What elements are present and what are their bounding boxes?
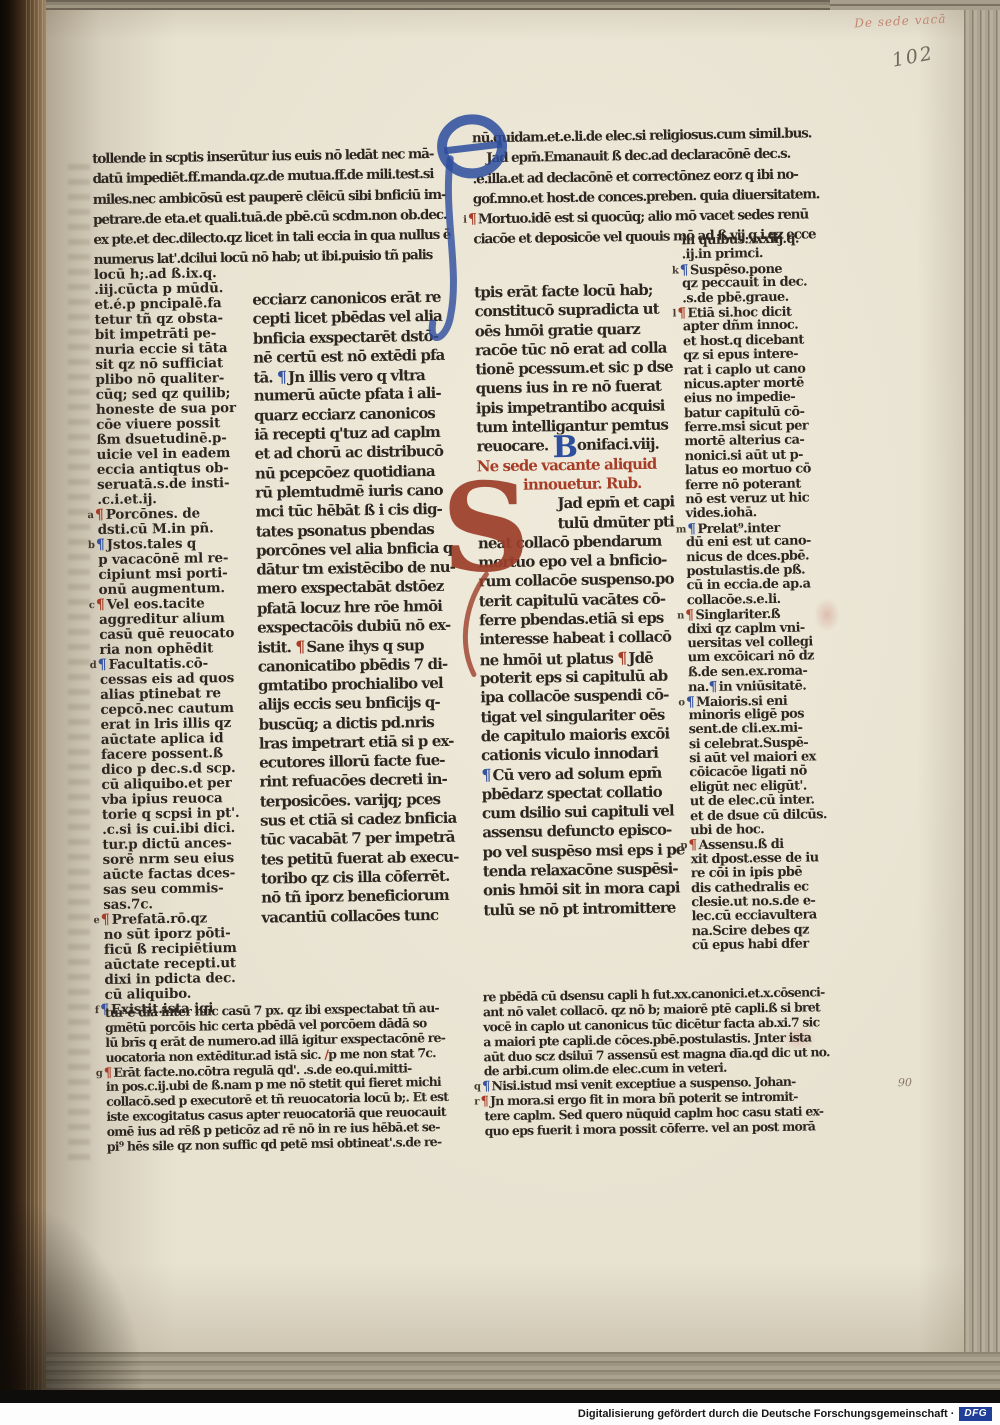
main-text-column-2: ecciarz canonicos erāt recepti licet pbē… xyxy=(252,288,460,928)
commentary-column-left: locū h;.ad ß.ix.q..iij.cūcta p mūdū.et.é… xyxy=(94,266,245,1018)
red-initial-tail xyxy=(446,570,508,681)
manuscript-scan: tollende in scptis inserūtur ius euis nō… xyxy=(0,0,1000,1403)
text-line: de capitulo maioris excōi xyxy=(481,724,691,746)
red-initial-letter: S xyxy=(441,472,531,583)
text-line: tulū se nō pt intromittere xyxy=(483,898,693,920)
blue-initial-letter xyxy=(420,110,524,366)
commentary-column-right: in quibus.xxxiij.q..ij.in primci.k¶Suspē… xyxy=(681,232,828,953)
page-surface: tollende in scptis inserūtur ius euis nō… xyxy=(46,10,964,1352)
text-layer: tollende in scptis inserūtur ius euis nō… xyxy=(36,3,974,1358)
book-bottom-edge xyxy=(0,1352,1000,1390)
text-line: pi⁹ hēs sile qz non suffic qd petē msi o… xyxy=(107,1135,449,1155)
text-line: exspectacōis dubiū nō ex- xyxy=(257,616,456,638)
handwritten-title-note: De sede vacā xyxy=(854,12,947,31)
text-block-top-left: tollende in scptis inserūtur ius euis nō… xyxy=(92,144,451,271)
text-line: seruatā.s.de insti- xyxy=(97,476,237,493)
screenshot-root: tollende in scptis inserūtur ius euis nō… xyxy=(0,0,1000,1425)
dfg-logo: DFG xyxy=(959,1407,992,1421)
folio-number: 102 xyxy=(890,42,936,72)
text-line: sas seu commis- xyxy=(103,881,243,898)
bottom-left-shadow xyxy=(0,1190,150,1395)
text-line: vacantiū collacōes tunc xyxy=(261,905,460,927)
text-block-bottom-left: tur ē dīa inter hūc casū 7 px. qz ibi ex… xyxy=(105,1001,449,1155)
margin-mark: 90 xyxy=(898,1076,912,1089)
book-gutter-left xyxy=(0,0,46,1390)
dfg-banner: Digitalisierung gefördert durch die Deut… xyxy=(0,1403,1000,1425)
scan-bottom-border xyxy=(0,1390,1000,1403)
text-line: cū epus habi dfer xyxy=(692,937,829,953)
text-line: na.¶in vniūsitatē. xyxy=(688,678,825,694)
dfg-banner-text: Digitalisierung gefördert durch die Deut… xyxy=(578,1408,955,1420)
main-text-column-3: tpis erāt facte locū hab;constitucō supr… xyxy=(474,280,693,920)
text-line: interesse habeat i collacō xyxy=(479,628,689,650)
text-line: quo eps fuerit i mora possit cōferre. ve… xyxy=(485,1119,831,1139)
text-block-bottom-right: re pbēdā cū dsensu capli h fut.xx.canoni… xyxy=(483,985,831,1139)
